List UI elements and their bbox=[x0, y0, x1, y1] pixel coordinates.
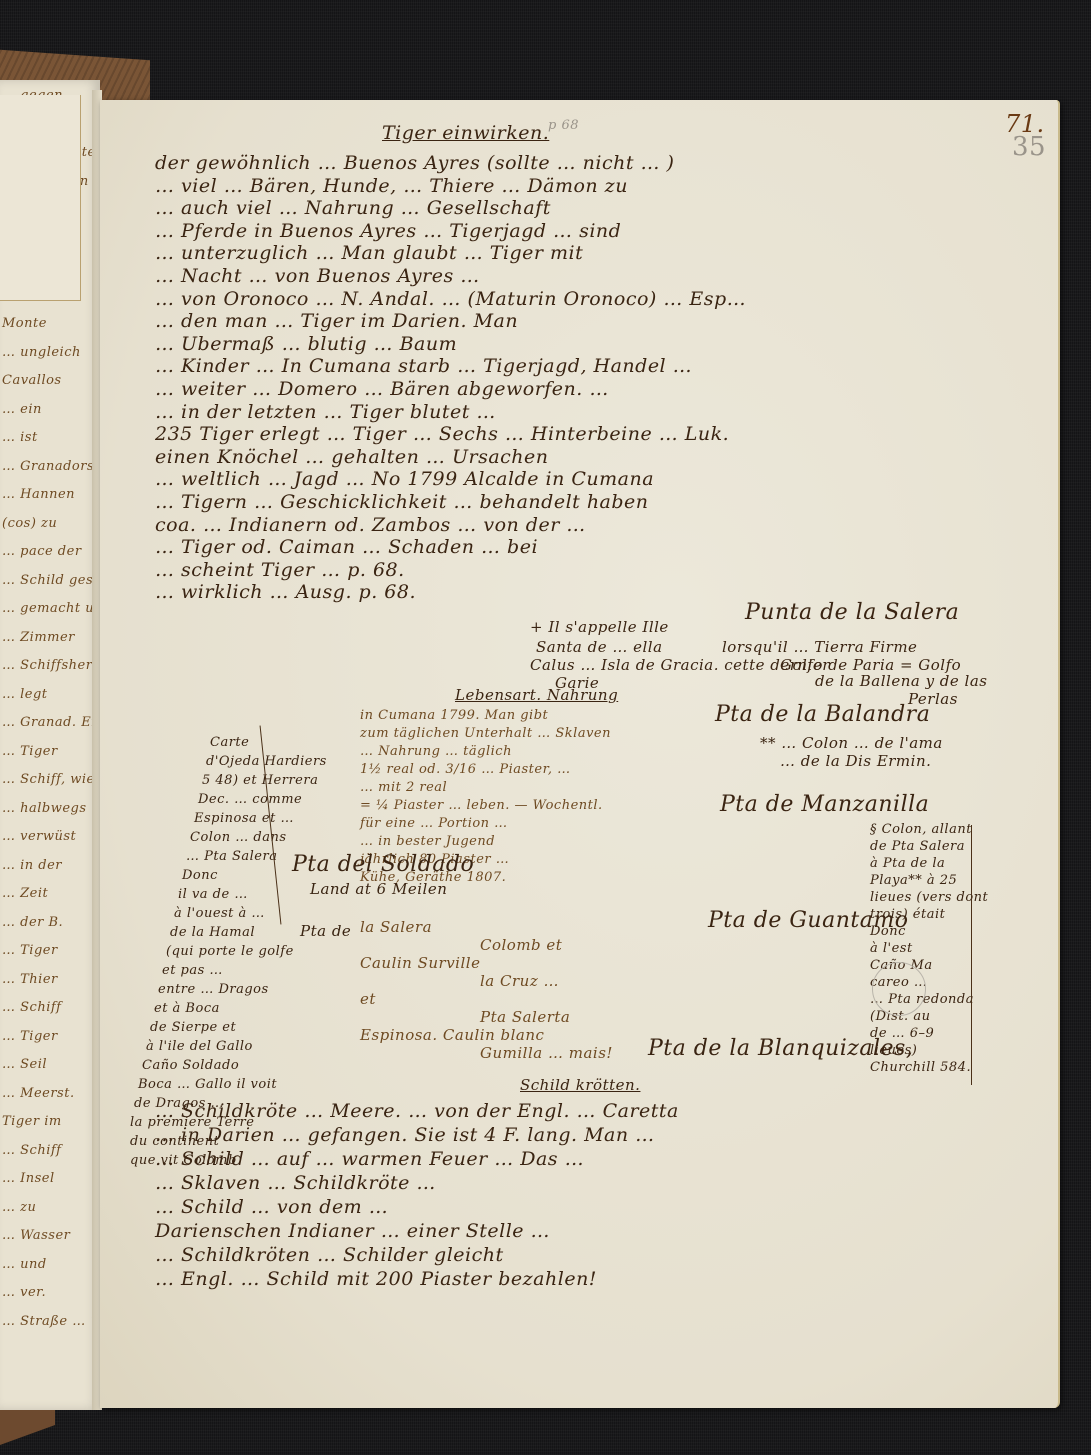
annotation-line: Santa de … ella bbox=[536, 638, 663, 656]
text-line: de la Hamal bbox=[170, 925, 255, 940]
text-line: … in bester Jugend bbox=[360, 834, 495, 849]
text-line: … Schiff, wie bbox=[2, 772, 95, 787]
text-line: … in der letzten … Tiger blutet … bbox=[155, 401, 496, 423]
text-line: à l'est bbox=[870, 941, 913, 956]
text-line: … Straße … 7 bbox=[2, 1314, 99, 1329]
vertical-rule bbox=[971, 825, 972, 1085]
text-line: für eine … Portion … bbox=[360, 816, 508, 831]
text-line: Tiger im bbox=[2, 1114, 62, 1129]
place-punta-balandra: Pta de la Balandra bbox=[715, 702, 930, 727]
manuscript-page: Tiger einwirken. p 68 71. 35 der gewöhnl… bbox=[100, 100, 1060, 1408]
text-line: einen Knöchel … gehalten … Ursachen bbox=[155, 446, 549, 468]
text-line: … Meerst. bbox=[2, 1086, 75, 1101]
text-line: coa. … Indianern od. Zambos … von der … bbox=[155, 514, 586, 536]
text-line: … Engl. … Schild mit 200 Piaster bezahle… bbox=[155, 1268, 597, 1290]
text-line: de Sierpe et bbox=[150, 1020, 236, 1035]
annotation-line: lorsqu'il … Tierra Firme bbox=[722, 638, 917, 656]
text-line: à Pta de la bbox=[870, 856, 945, 871]
text-line: … weiter … Domero … Bären abgeworfen. … bbox=[155, 378, 609, 400]
text-line: … in der bbox=[2, 858, 62, 873]
text-line: … scheint Tiger … p. 68. bbox=[155, 559, 405, 581]
annotation-line: Land at 6 Meilen bbox=[310, 880, 447, 898]
text-line: Caulin Surville bbox=[360, 954, 480, 972]
text-line: Monte bbox=[2, 316, 47, 331]
text-line: … Sklaven … Schildkröte … bbox=[155, 1172, 436, 1194]
text-line: zum täglichen Unterhalt … Sklaven bbox=[360, 726, 611, 741]
annotation-line: Pta de bbox=[300, 922, 351, 940]
text-line: … unterzuglich … Man glaubt … Tiger mit bbox=[155, 242, 583, 264]
text-line: … und bbox=[2, 1257, 47, 1272]
text-line: … Thier bbox=[2, 972, 58, 987]
text-line: … Granad. Ein bbox=[2, 715, 105, 730]
place-punta-blanquizales: Pta de la Blanquizales, bbox=[648, 1036, 913, 1061]
text-line: Gumilla … mais! bbox=[480, 1044, 613, 1062]
text-line: il va de … bbox=[178, 887, 248, 902]
text-line: … Schiffsherr bbox=[2, 658, 99, 673]
text-line: Colomb et bbox=[480, 936, 562, 954]
text-line: … legt bbox=[2, 687, 48, 702]
annotation-line: … de la Dis Ermin. bbox=[780, 752, 931, 770]
text-line: … Insel bbox=[2, 1171, 55, 1186]
text-line: … den man … Tiger im Darien. Man bbox=[155, 310, 518, 332]
text-line: de Pta Salera bbox=[870, 839, 965, 854]
text-line: et bbox=[360, 990, 376, 1008]
text-line: … Schiff bbox=[2, 1000, 61, 1015]
text-line: Boca … Gallo il voit bbox=[138, 1077, 277, 1092]
text-line: et pas … bbox=[162, 963, 223, 978]
text-line: … Zeit bbox=[2, 886, 48, 901]
text-line: in Cumana 1799. Man gibt bbox=[360, 708, 548, 723]
heading-reference: p 68 bbox=[548, 118, 579, 133]
text-line: Pta Salerta bbox=[480, 1008, 570, 1026]
text-line: … von Oronoco … N. Andal. … (Maturin Oro… bbox=[155, 288, 746, 310]
text-line: Churchill 584. bbox=[870, 1060, 971, 1075]
text-line: … Schild … von dem … bbox=[155, 1196, 388, 1218]
place-punta-salera: Punta de la Salera bbox=[745, 600, 959, 625]
text-line: … Nahrung … täglich bbox=[360, 744, 512, 759]
text-line: … Schildkröten … Schilder gleicht bbox=[155, 1244, 504, 1266]
text-line: … Tiger bbox=[2, 1029, 58, 1044]
text-line: … mit 2 real bbox=[360, 780, 447, 795]
text-line: … Schildkröte … Meere. … von der Engl. …… bbox=[155, 1100, 679, 1122]
text-line: … Zimmer bbox=[2, 630, 75, 645]
page-heading: Tiger einwirken. bbox=[382, 122, 549, 144]
folio-number: 35 bbox=[1012, 132, 1046, 162]
text-line: … wirklich … Ausg. p. 68. bbox=[155, 581, 416, 603]
text-line: 5 48) et Herrera bbox=[202, 773, 318, 788]
annotation-line: ** … Colon … de l'ama bbox=[760, 734, 943, 752]
text-line: … Tiger bbox=[2, 943, 58, 958]
text-line: der gewöhnlich … Buenos Ayres (sollte … … bbox=[155, 152, 674, 174]
text-line: … Tiger od. Caiman … Schaden … bei bbox=[155, 536, 538, 558]
place-punta-manzanilla: Pta de Manzanilla bbox=[720, 792, 929, 817]
text-line: = ¼ Piaster … leben. — Wochentl. bbox=[360, 798, 603, 813]
text-line: la Salera bbox=[360, 918, 432, 936]
text-line: … pace der bbox=[2, 544, 82, 559]
text-line: … viel … Bären, Hunde, … Thiere … Dämon … bbox=[155, 175, 628, 197]
text-line: … halbwegs bbox=[2, 801, 87, 816]
text-line: … Ubermaß … blutig … Baum bbox=[155, 333, 457, 355]
text-line: … verwüst bbox=[2, 829, 76, 844]
text-line: … Tigern … Geschicklichkeit … behandelt … bbox=[155, 491, 649, 513]
text-line: … Pta Salera bbox=[186, 849, 277, 864]
text-line: Carte bbox=[210, 735, 249, 750]
text-line: Donc bbox=[182, 868, 218, 883]
text-line: Cavallos bbox=[2, 373, 62, 388]
text-line: … Wasser bbox=[2, 1228, 70, 1243]
text-line: Espinosa. Caulin blanc bbox=[360, 1026, 544, 1044]
text-line: … auch viel … Nahrung … Gesellschaft bbox=[155, 197, 551, 219]
text-line: (cos) zu bbox=[2, 516, 57, 531]
text-line: à l'ile del Gallo bbox=[146, 1039, 253, 1054]
text-line: … Pferde in Buenos Ayres … Tigerjagd … s… bbox=[155, 220, 621, 242]
text-line: … zu bbox=[2, 1200, 36, 1215]
text-line: … Kinder … In Cumana starb … Tigerjagd, … bbox=[155, 355, 692, 377]
text-line: § Colon, allant bbox=[870, 822, 972, 837]
place-punta-guantamo: Pta de Guantamo bbox=[708, 908, 908, 933]
text-line: Playa** à 25 bbox=[870, 873, 957, 888]
text-line: d'Ojeda Hardiers bbox=[206, 754, 327, 769]
center-block-title: Lebensart. Nahrung bbox=[455, 686, 618, 704]
text-line: … ein bbox=[2, 402, 42, 417]
text-line: à l'ouest à … bbox=[174, 906, 265, 921]
text-line: la Cruz … bbox=[480, 972, 559, 990]
text-line: (qui porte le golfe bbox=[166, 944, 294, 959]
place-punta-soldado: Pta del Soldado bbox=[292, 852, 474, 877]
text-line: et à Boca bbox=[154, 1001, 220, 1016]
text-line: Caño Soldado bbox=[142, 1058, 239, 1073]
text-line: 1½ real od. 3/16 … Piaster, … bbox=[360, 762, 571, 777]
text-line: … Tiger bbox=[2, 744, 58, 759]
text-line: … der B. bbox=[2, 915, 63, 930]
text-line: … Schild … auf … warmen Feuer … Das … bbox=[155, 1148, 584, 1170]
text-line: … Granadors bbox=[2, 459, 94, 474]
section2-heading: Schild krötten. bbox=[520, 1076, 640, 1094]
text-line: 235 Tiger erlegt … Tiger … Sechs … Hinte… bbox=[155, 423, 729, 445]
text-line: Espinosa et … bbox=[194, 811, 294, 826]
text-line: … ist bbox=[2, 430, 38, 445]
annotation-line: de la Ballena y de las bbox=[815, 672, 988, 690]
text-line: … ver. bbox=[2, 1285, 46, 1300]
text-line: … Seil bbox=[2, 1057, 47, 1072]
library-stamp bbox=[872, 962, 926, 1016]
text-line: Dec. … comme bbox=[198, 792, 302, 807]
annotation-line: + Il s'appelle Ille bbox=[530, 618, 669, 636]
text-line: Darienschen Indianer … einer Stelle … bbox=[155, 1220, 550, 1242]
text-line: … Schiff bbox=[2, 1143, 61, 1158]
tipped-in-slip bbox=[0, 95, 81, 301]
text-line: … weltlich … Jagd … No 1799 Alcalde in C… bbox=[155, 468, 654, 490]
text-line: … Nacht … von Buenos Ayres … bbox=[155, 265, 480, 287]
text-line: … in Darien … gefangen. Sie ist 4 F. lan… bbox=[155, 1124, 655, 1146]
text-line: entre … Dragos bbox=[158, 982, 269, 997]
text-line: … ungleich bbox=[2, 345, 81, 360]
text-line: … Hannen bbox=[2, 487, 75, 502]
